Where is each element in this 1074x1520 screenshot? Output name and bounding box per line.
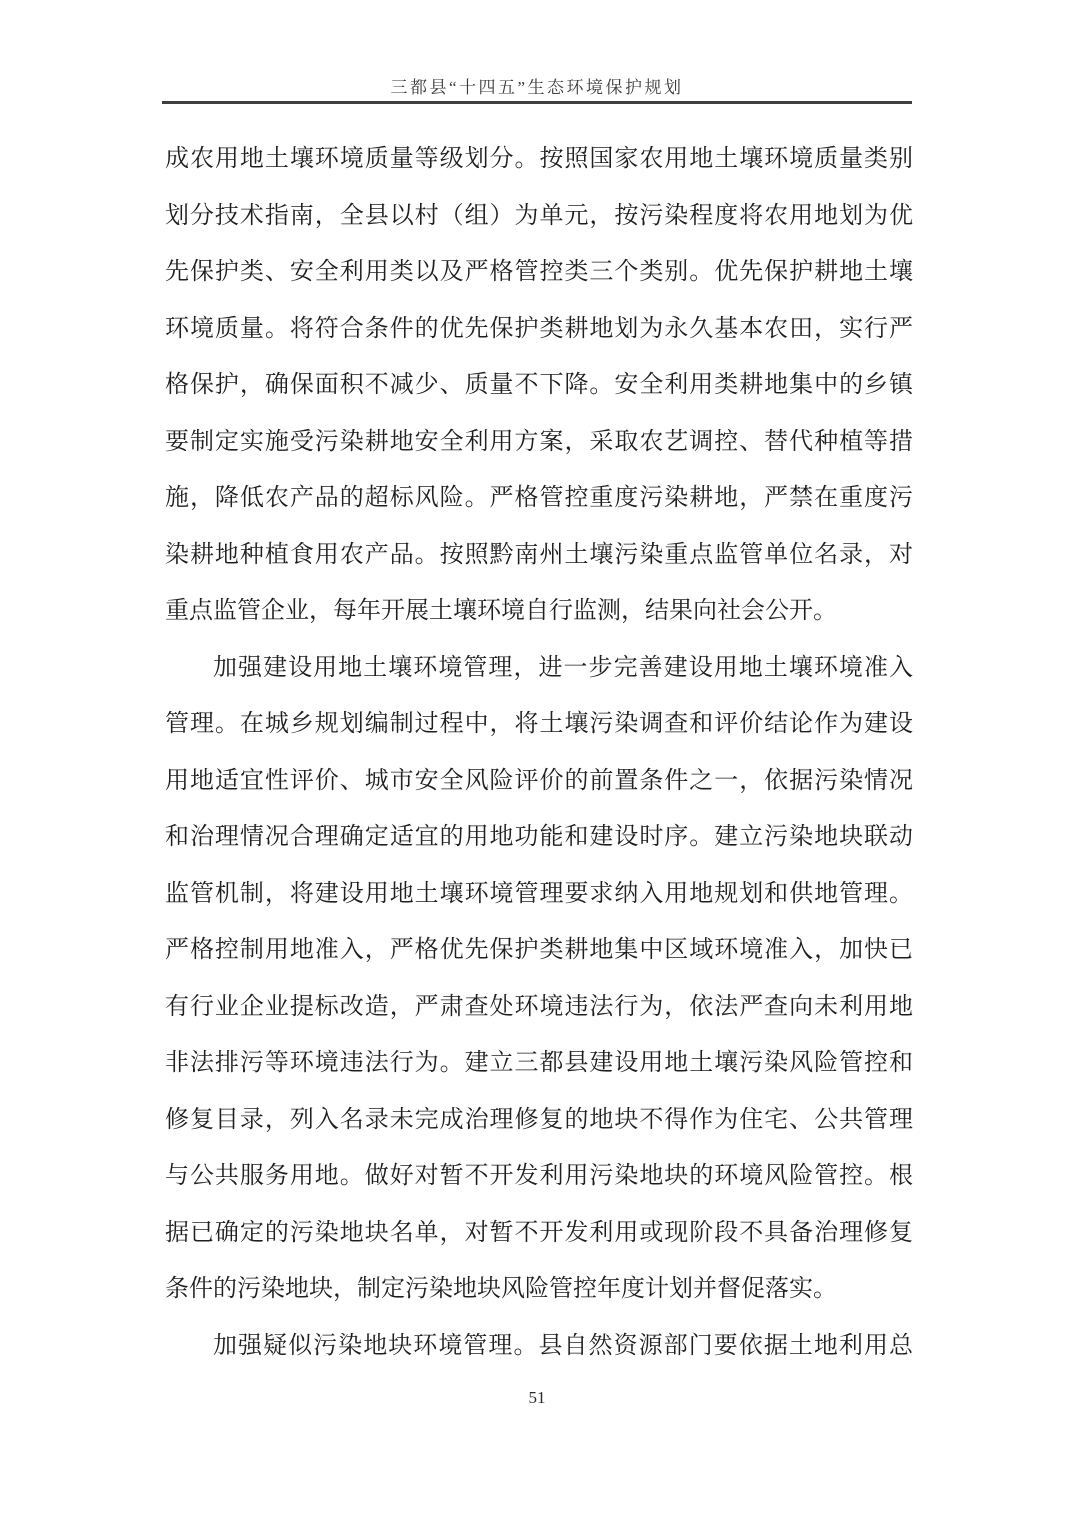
paragraph: 加强疑似污染地块环境管理。县自然资源部门要依据土地利用总 <box>165 1318 913 1375</box>
text-line: 先保护类、安全利用类以及严格管控类三个类别。优先保护耕地土壤 <box>165 244 913 301</box>
page-number: 51 <box>529 1388 546 1407</box>
document-body: 成农用地土壤环境质量等级划分。按照国家农用地土壤环境质量类别 划分技术指南，全县… <box>165 131 913 1374</box>
text-line: 施，降低农产品的超标风险。严格管控重度污染耕地，严禁在重度污 <box>165 470 913 527</box>
text-line: 染耕地种植食用农产品。按照黔南州土壤污染重点监管单位名录，对 <box>165 527 913 584</box>
text-line: 非法排污等环境违法行为。建立三都县建设用地土壤污染风险管控和 <box>165 1035 913 1092</box>
paragraph: 加强建设用地土壤环境管理，进一步完善建设用地土壤环境准入 管理。在城乡规划编制过… <box>165 640 913 1318</box>
text-line: 和治理情况合理确定适宜的用地功能和建设时序。建立污染地块联动 <box>165 809 913 866</box>
text-line: 格保护，确保面积不减少、质量不下降。安全利用类耕地集中的乡镇 <box>165 357 913 414</box>
text-line: 条件的污染地块，制定污染地块风险管控年度计划并督促落实。 <box>165 1261 913 1318</box>
text-line: 重点监管企业，每年开展土壤环境自行监测，结果向社会公开。 <box>165 583 913 640</box>
page-header-title: 三都县“十四五”生态环境保护规划 <box>0 73 1074 98</box>
text-line: 有行业企业提标改造，严肃查处环境违法行为，依法严查向未利用地 <box>165 979 913 1036</box>
text-line: 环境质量。将符合条件的优先保护类耕地划为永久基本农田，实行严 <box>165 301 913 358</box>
text-line: 与公共服务用地。做好对暂不开发利用污染地块的环境风险管控。根 <box>165 1148 913 1205</box>
text-line: 管理。在城乡规划编制过程中，将土壤污染调查和评价结论作为建设 <box>165 696 913 753</box>
document-page: 三都县“十四五”生态环境保护规划 成农用地土壤环境质量等级划分。按照国家农用地土… <box>0 0 1074 1520</box>
header-rule <box>162 101 912 104</box>
text-line: 加强疑似污染地块环境管理。县自然资源部门要依据土地利用总 <box>165 1318 913 1375</box>
text-line: 修复目录，列入名录未完成治理修复的地块不得作为住宅、公共管理 <box>165 1092 913 1149</box>
text-line: 据已确定的污染地块名单，对暂不开发利用或现阶段不具备治理修复 <box>165 1205 913 1262</box>
text-line: 严格控制用地准入，严格优先保护类耕地集中区域环境准入，加快已 <box>165 922 913 979</box>
page-footer: 51 <box>0 1388 1074 1408</box>
text-line: 划分技术指南，全县以村（组）为单元，按污染程度将农用地划为优 <box>165 188 913 245</box>
text-line: 加强建设用地土壤环境管理，进一步完善建设用地土壤环境准入 <box>165 640 913 697</box>
text-line: 成农用地土壤环境质量等级划分。按照国家农用地土壤环境质量类别 <box>165 131 913 188</box>
text-line: 用地适宜性评价、城市安全风险评价的前置条件之一，依据污染情况 <box>165 753 913 810</box>
text-line: 要制定实施受污染耕地安全利用方案，采取农艺调控、替代种植等措 <box>165 414 913 471</box>
paragraph: 成农用地土壤环境质量等级划分。按照国家农用地土壤环境质量类别 划分技术指南，全县… <box>165 131 913 640</box>
text-line: 监管机制，将建设用地土壤环境管理要求纳入用地规划和供地管理。 <box>165 866 913 923</box>
